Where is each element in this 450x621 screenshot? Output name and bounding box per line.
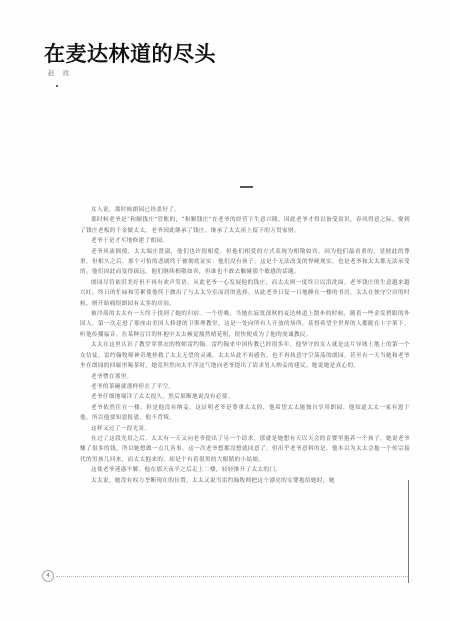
- paragraph: 老爷仔细地端详了太太很久，然后果断地说没有必要。: [80, 392, 410, 402]
- page-edge-rule: [408, 480, 409, 583]
- article-body: 女人说，那时候朗园已经盖好了。 那时候老爷是“和顺钱庄”管账的，“和顺钱庄”在老…: [80, 205, 410, 486]
- paragraph: 那时候老爷是“和顺钱庄”管账的，“和顺钱庄”在老爷的经营下生意兴隆，因此老爷才得…: [80, 215, 410, 236]
- paragraph: 老爷愣在那里。: [80, 372, 410, 382]
- paragraph: 太太说，她没有权力垄断现在的位置。太太又说当雷约翰牧师把这个漂亮的女婴抱给她时，…: [80, 476, 410, 486]
- paragraph: 老爷于是才买地修建了朗园。: [80, 236, 410, 246]
- paragraph: 这使老爷迷惑不解。他在那天夜半之后走上二楼，轻轻推开了太太的门。: [80, 465, 410, 475]
- paragraph: 这样又过了一段光景。: [80, 424, 410, 434]
- author-bullet-mark: [56, 85, 58, 87]
- paragraph: 女人说，那时候朗园已经盖好了。: [80, 205, 410, 215]
- article-author: 赵 玫: [48, 68, 72, 77]
- paragraph: 老爷风流倜傥，太太端庄贤淑，他们也许很相爱，但他们相爱的方式表现为相敬如宾。因为…: [80, 247, 410, 278]
- page-number-badge: 4: [42, 570, 54, 582]
- article-title: 在麦达林道的尽头: [44, 38, 216, 68]
- footer-dotted-rule: [56, 576, 408, 577]
- paragraph: 朗园尽管依旧美好但不再有欢声笑语。从此老爷一心发展他的钱庄，而太太则一度终日以泪…: [80, 278, 410, 309]
- magazine-page: 在麦达林道的尽头 赵 玫 女人说，那时候朗园已经盖好了。 那时候老爷是“和顺钱庄…: [0, 0, 450, 621]
- paragraph: 被冷落的太太有一天终于找到了她的归宿。一个傍晚，当她在寂寞深秋的麦达林道上散步的…: [80, 309, 410, 340]
- page-footer: 4: [42, 570, 408, 584]
- paragraph: 老爷依然住在一楼，但是他没有纳妾。这证明老爷是尊重太太的，他希望太太能独自享用朗…: [80, 403, 410, 424]
- paragraph: 老爷的茶碗就那样停在了半空。: [80, 382, 410, 392]
- paragraph: 在过了这段光景之后，太太有一天又向老爷提出了另一个请求，那就是她想有天以天会的育…: [80, 434, 410, 465]
- section-number-dash: [240, 186, 253, 188]
- paragraph: 太太在这里认识了教堂穿黑衣的牧师雷约翰。雷约翰来中国传教已经很多年，他坚守的女人…: [80, 340, 410, 371]
